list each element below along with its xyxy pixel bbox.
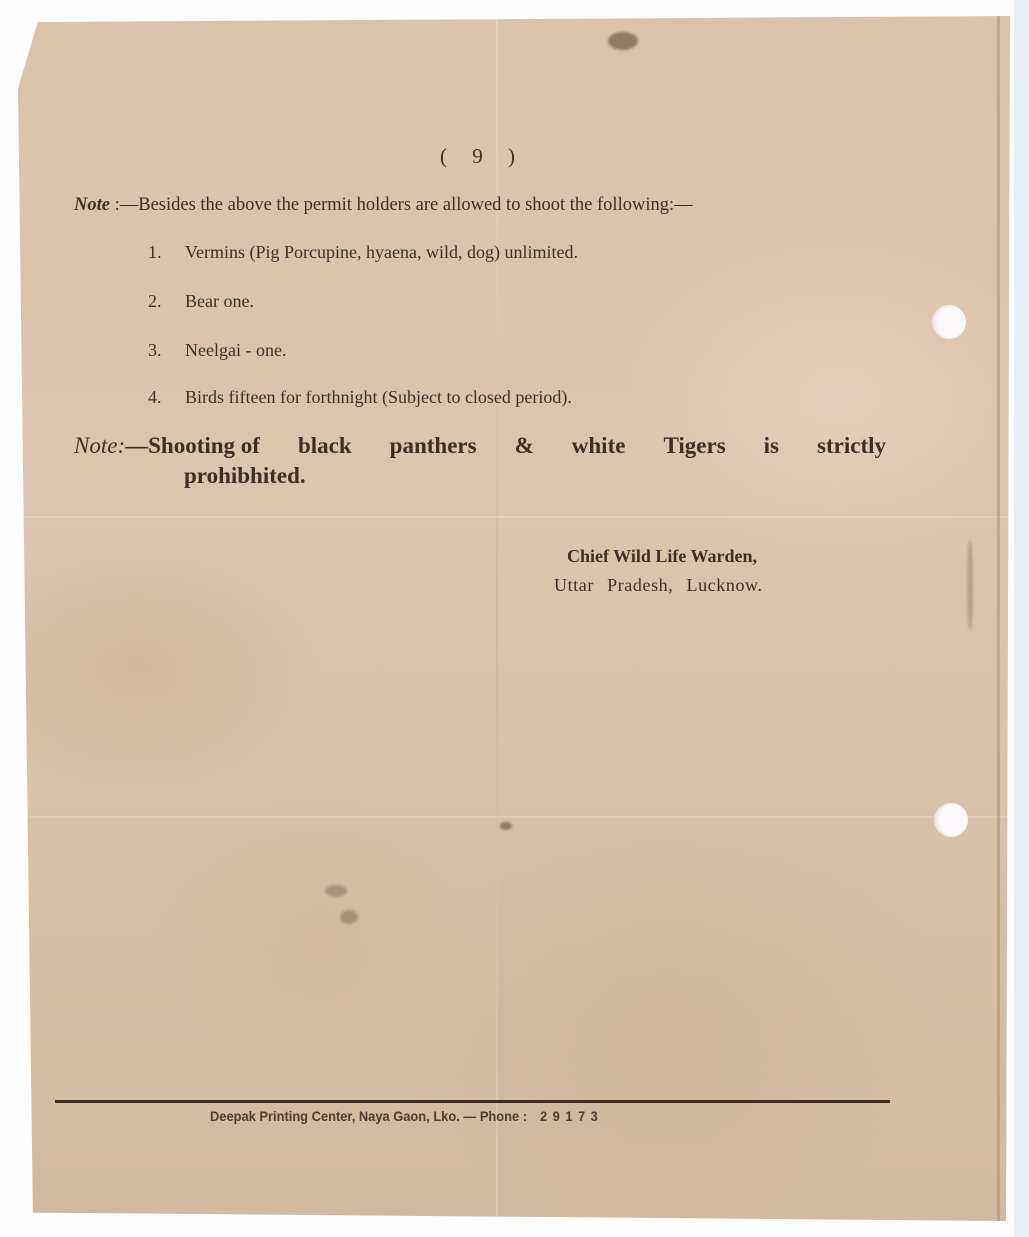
prohibition-word: black <box>298 433 352 459</box>
note-label: Note <box>74 195 110 215</box>
prohibition-word: —Shooting of <box>125 433 260 458</box>
prohibition-line-2: prohibhited. <box>74 463 886 489</box>
paper-crease <box>18 816 1010 818</box>
note-intro-text: :—Besides the above the permit holders a… <box>110 195 693 215</box>
printer-phone: 29173 <box>540 1108 603 1124</box>
page-number: ( 9 ) <box>440 144 525 169</box>
list-item-number: 3. <box>148 340 185 361</box>
prohibition-word: white <box>572 433 626 459</box>
printer-name: Deepak Printing Center, Naya Gaon, Lko. … <box>210 1108 527 1124</box>
footer-rule <box>55 1100 890 1103</box>
paper-crease <box>18 516 1010 518</box>
prohibition-word: strictly <box>817 433 886 459</box>
list-item: 1.Vermins (Pig Porcupine, hyaena, wild, … <box>148 242 578 263</box>
prohibition-word: panthers <box>390 433 477 459</box>
prohibition-note: Note:—Shooting of black panthers & white… <box>74 433 886 489</box>
prohibition-word: is <box>764 433 779 459</box>
prohibition-word: Tigers <box>663 433 725 459</box>
prohibition-word: & <box>515 433 534 459</box>
ink-smudge <box>325 885 347 897</box>
note-intro: Note :—Besides the above the permit hold… <box>74 195 693 216</box>
signature-location: Uttar Pradesh, Lucknow. <box>554 575 763 596</box>
ink-stain <box>608 32 638 50</box>
list-item-number: 2. <box>148 291 185 312</box>
list-item-text: Vermins (Pig Porcupine, hyaena, wild, do… <box>185 242 578 262</box>
prohibition-line-1: Note:—Shooting of black panthers & white… <box>74 433 886 459</box>
list-item-number: 4. <box>148 387 185 408</box>
list-item-text: Bear one. <box>185 291 254 311</box>
list-item-text: Birds fifteen for forthnight (Subject to… <box>185 387 572 407</box>
ink-smudge <box>340 910 358 924</box>
prohibition-note-label: Note: <box>74 433 125 458</box>
list-item: 3.Neelgai - one. <box>148 340 286 361</box>
list-item: 2.Bear one. <box>148 291 254 312</box>
signature-title: Chief Wild Life Warden, <box>567 546 757 567</box>
list-item: 4.Birds fifteen for forthnight (Subject … <box>148 387 572 408</box>
list-item-number: 1. <box>148 242 185 263</box>
punch-hole-bottom <box>934 803 968 837</box>
edge-tear <box>967 540 973 630</box>
ink-spot <box>500 822 512 830</box>
list-item-text: Neelgai - one. <box>185 340 286 360</box>
punch-hole-top <box>932 305 966 339</box>
background-strip <box>1014 0 1029 1237</box>
printer-footer: Deepak Printing Center, Naya Gaon, Lko. … <box>210 1108 603 1124</box>
